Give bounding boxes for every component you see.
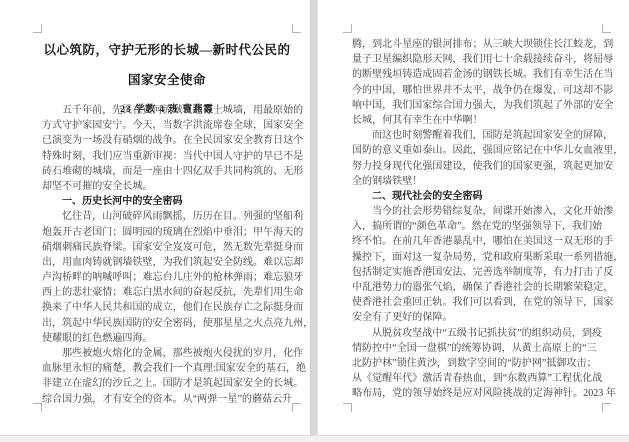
document-title-line2: 国家安全使命 (30, 70, 304, 90)
text-line: 炮轰开古老国门；圆明园的琉璃在烈焰中垂泪；甲午海天的 (42, 225, 294, 240)
document-title-line1: 以心筑防，守护无形的长城—新时代公民的 (30, 40, 304, 60)
margin-corner-mark (343, 403, 352, 412)
text-line: 那些被炮火熔化的金属，那些被炮火侵扰的岁月，化作 (42, 346, 294, 361)
text-line: 使耀眼的红色燃遍四海。 (42, 331, 294, 346)
text-line: 方式守护家园安宁。今天，当数字洪流席卷全球，国家安全 (42, 118, 294, 133)
text-line: 特殊时刻，我们应当重新审视：当代中国人守护的早已不是 (42, 149, 294, 164)
text-line: 忆往昔，山河破碎风雨飘摇，历历在目。列强的坚船利 (42, 209, 294, 224)
text-line: 砖石堆砌的城墙，而是一座由十四亿双手共同构筑的、无形 (42, 164, 294, 179)
page-left-body: 五千年前，先民在黄河流域筑起夯土城墙，用最原始的 方式守护家园安宁。今天，当数字… (42, 103, 294, 407)
text-line: 血脉里永恒的痛楚，教会我们一个真理:国家安全的基石，绝 (42, 361, 294, 376)
margin-corner-mark (33, 24, 42, 33)
text-line: 腾，到北斗星座的银河排布；从三峡大坝锁住长江蛟龙，到 (352, 37, 604, 52)
text-line: 非建立在虚幻的沙丘之上。国防才是筑起国家安全的长城。 (42, 376, 294, 391)
text-line: 五千年前，先民在黄河流域筑起夯土城墙，用最原始的 (42, 103, 294, 118)
text-line: 长城，何其有幸生在中华啊！ (352, 113, 604, 128)
text-line: 今的中国，哪怕世界并不太平，战争仍在爆发，可这却不影 (352, 83, 604, 98)
text-line: 国防的意义重如泰山。因此，强国应铭记在中华儿女血液里， (352, 143, 604, 158)
margin-corner-mark (602, 24, 611, 33)
text-line: 当今的社会形势错综复杂，间谍开始渗入，文化开始渗 (352, 204, 604, 219)
text-line: 从《觉醒年代》激活青春热血，到“东数西算”工程优化战 (352, 371, 604, 386)
text-line: 硝烟刺痛民族脊梁。国家安全岌岌可危，然无数先辈挺身而 (42, 240, 294, 255)
text-line: 入，搞所谓的“颜色革命”。然在党的坚强领导下，我们始 (352, 219, 604, 234)
text-line: 响中国，我们国家综合国力强大，为我们筑起了外部的安全 (352, 98, 604, 113)
text-line: 操控下，面对这一复杂局势，党和政府果断采取一系列措施， (352, 250, 604, 265)
margin-corner-mark (292, 403, 301, 412)
text-line: 综合国力强，才有安全的资本。从“两弹一星”的蘑菇云升 (42, 392, 294, 407)
text-line: 出，用血肉铸就钢墙铁壁，为我们筑起安全防线。难以忘却 (42, 255, 294, 270)
text-line: 出，筑起中华民族国防的安全密码，使那星星之火点亮九州， (42, 316, 294, 331)
text-line: 已演变为一场没有硝烟的战争。在全民国家安全教育日这个 (42, 133, 294, 148)
margin-corner-mark (33, 403, 42, 412)
margin-corner-mark (343, 24, 352, 33)
text-line: 而这也时刻警醒着我们，国防是筑起国家安全的屏障， (352, 128, 604, 143)
text-line: 量子卫星编织隐形天网，我们用七十余载接续奋斗，将屈辱 (352, 52, 604, 67)
text-line: 终不怕。在前几年香港暴乱中，哪怕在美国这一双无形的手 (352, 234, 604, 249)
page-left: 以心筑防，守护无形的长城—新时代公民的 国家安全使命 23 学教 4 班 曹燕霞… (0, 0, 310, 442)
text-line: 使香港社会重回正轨。我们可以看到，在党的领导下，国家 (352, 295, 604, 310)
text-line: 中乱港势力的嚣张气焰，确保了香港社会的长期繁荣稳定， (352, 280, 604, 295)
page-right-body: 腾，到北斗星座的银河排布；从三峡大坝锁住长江蛟龙，到 量子卫星编织隐形天网，我们… (352, 37, 604, 402)
text-line: 换来了中华人民共和国的成立，他们在民族存亡之际挺身而 (42, 300, 294, 315)
text-line: 略布局，党的领导始终是应对风险挑战的定海神针。2023 年 (352, 386, 604, 401)
page-gap-divider (310, 0, 318, 436)
text-line: 卢沟桥畔的呐喊呼叫；难忘台儿庄外的枪林弹雨；难忘狼牙 (42, 270, 294, 285)
text-line: 一、历史长河中的安全密码 (42, 194, 294, 209)
text-line: 安全有了更好的保障。 (352, 310, 604, 325)
text-line: 努力投身现代化强国建设，使我们的国家更强，筑起更加安 (352, 159, 604, 174)
margin-corner-mark (602, 403, 611, 412)
document-viewport: 以心筑防，守护无形的长城—新时代公民的 国家安全使命 23 学教 4 班 曹燕霞… (0, 0, 629, 442)
text-line: 从脱贫攻坚战中“五级书记抓扶贫”的组织动员，到疫 (352, 326, 604, 341)
text-line: 西上的悲壮豪情；难忘白黑水间的奋起反抗，先辈们用生命 (42, 285, 294, 300)
text-line: 情防控中“全国一盘棋”的统筹协调，从黄土高原上的“三 (352, 341, 604, 356)
text-line: 包括制定实施香港国安法、完善选举制度等，有力打击了反 (352, 265, 604, 280)
text-line: 却坚不可摧的安全长城。 (42, 179, 294, 194)
text-line: 全的钢墙铁壁！ (352, 174, 604, 189)
text-line: 北防护林”锁住黄沙，到数字空间的“防护网”抵御攻击； (352, 356, 604, 371)
text-line: 二、现代社会的安全密码 (352, 189, 604, 204)
bottom-edge-band (0, 435, 629, 442)
margin-corner-mark (292, 24, 301, 33)
text-line: 的断壁残垣铸造成固若金汤的钢铁长城。我们有幸生活在当 (352, 67, 604, 82)
